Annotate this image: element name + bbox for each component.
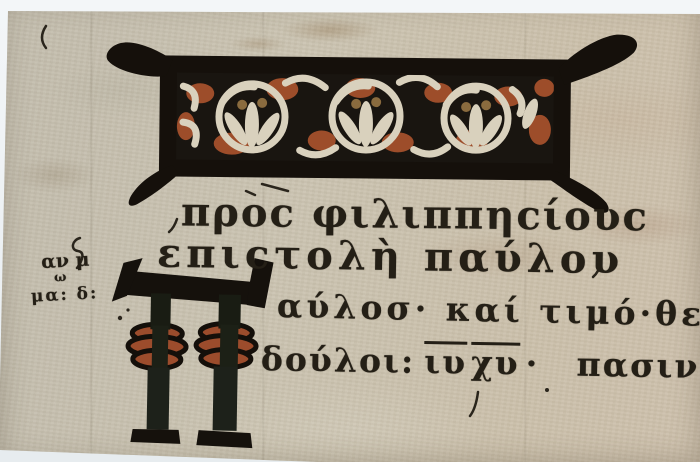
incipit-line2-suffix: · πασιν: [525, 344, 699, 386]
marginal-note: αν μ ω μα: δ:: [29, 248, 99, 306]
incipit-line-2: δούλοι:ιυχυ· πασιν: [261, 338, 700, 383]
marginal-line-1: αν μ: [41, 248, 97, 273]
incipit-line2-prefix: δούλοι:: [261, 339, 416, 381]
nomen-sacrum-christ: χυ: [471, 342, 520, 380]
marginal-line-3: μα: δ:: [30, 283, 98, 306]
nomen-sacrum-jesus: ιυ: [424, 341, 468, 379]
incipit-line-1: αύλοσ· καί τιμό·θεοσ: [277, 289, 700, 332]
title-line-2: επιϲτολὴ παύλου: [157, 234, 625, 281]
manuscript-photo: προϲ φιλιππηϲίουϲ επιϲτολὴ παύλου αύλοσ·…: [0, 0, 700, 462]
